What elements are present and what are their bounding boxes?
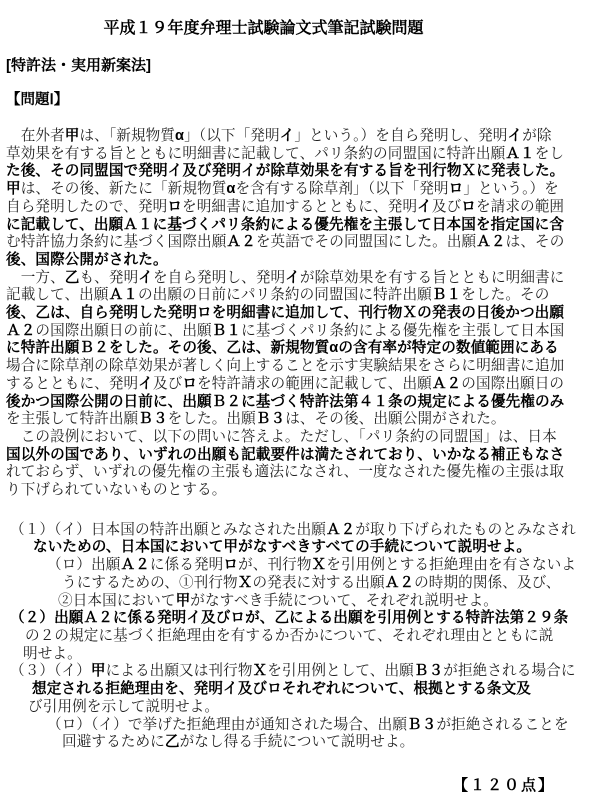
text-line: （２）出願Ａ２に係る発明イ及びロが、乙による出願を引用例とする特許法第２９条: [6, 610, 585, 628]
text-line: 場合に除草剤の除草効果が著しく向上することを示す実験結果をさらに明細書に追加: [6, 358, 585, 376]
text-line: ②日本国において甲がなすべき手続について、それぞれ説明せよ。: [6, 593, 585, 611]
text-line: 草効果を有する旨とともに明細書に記載して、パリ条約の同盟国に特許出願Ａ１をし: [6, 146, 585, 164]
text-line: この設例において、以下の問いに答えよ。ただし、「パリ条約の同盟国」は、日本: [6, 429, 585, 447]
text-line: するとともに、発明イ及びロを特許請求の範囲に記載して、出願Ａ２の国際出願日の: [6, 376, 585, 394]
text-line: 想定される拒絶理由を、発明イ及びロそれぞれについて、根拠とする条文及: [6, 681, 585, 699]
text-line: うにするための、①刊行物Ｘの発表に対する出願Ａ２の時期的関係、及び、: [6, 575, 585, 593]
problem-label: 【問題Ⅰ】: [6, 91, 585, 109]
text-line: （３）（イ）甲による出願又は刊行物Ｘを引用例として、出願Ｂ３が拒絶される場合に: [6, 663, 585, 681]
text-line: 甲は、その後、新たに「新規物質αを含有する除草剤」（以下「発明ロ」という。）を: [6, 181, 585, 199]
text-line: 記載して、出願Ａ１の出願の日前にパリ条約の同盟国に特許出願Ｂ１をした。その: [6, 287, 585, 305]
text-line: 後、国際公開がされた。: [6, 252, 585, 270]
text-line: 後、乙は、自ら発明した発明ロを明細書に追加して、刊行物Ｘの発表の日後かつ出願: [6, 305, 585, 323]
text-line: （１）（イ）日本国の特許出願とみなされた出願Ａ２が取り下げられたものとみなされ: [6, 522, 585, 540]
text-line: （ロ）出願Ａ２に係る発明ロが、刊行物Ｘを引用例とする拒絶理由を有さないよ: [6, 557, 585, 575]
document-body: 在外者甲は、「新規物質α」（以下「発明イ」という。）を自ら発明し、発明イが除草効…: [6, 128, 585, 752]
text-line: れておらず、いずれの優先権の主張も適法になされ、一度なされた優先権の主張は取: [6, 464, 585, 482]
text-line: に特許出願Ｂ２をした。その後、乙は、新規物質αの含有率が特定の数値範囲にある: [6, 340, 585, 358]
score-label: 【１２０点】: [6, 777, 585, 795]
text-line: ないための、日本国において甲がなすべきすべての手続について説明せよ。: [6, 539, 585, 557]
text-line: に記載して、出願Ａ１に基づくパリ条約による優先権を主張して日本国を指定国に含: [6, 217, 585, 235]
text-line: を主張して特許出願Ｂ３をした。出願Ｂ３は、その後、出願公開がされた。: [6, 411, 585, 429]
text-line: 自ら発明したので、発明ロを明細書に追加するとともに、発明イ及びロを請求の範囲: [6, 199, 585, 217]
text-line: 後かつ国際公開の日前に、出願Ｂ２に基づく特許法第４１条の規定による優先権のみ: [6, 394, 585, 412]
text-line: 回避するために乙がなし得る手続について説明せよ。: [6, 734, 585, 752]
exam-title: 平成１９年度弁理士試験論文式筆記試験問題: [6, 18, 521, 40]
text-line: む特許協力条約に基づく国際出願Ａ２を英語でその同盟国にした。出願Ａ２は、その: [6, 234, 585, 252]
text-line: （ロ）（イ）で挙げた拒絶理由が通知された場合、出願Ｂ３が拒絶されることを: [6, 717, 585, 735]
text-line: 在外者甲は、「新規物質α」（以下「発明イ」という。）を自ら発明し、発明イが除: [6, 128, 585, 146]
law-section-label: [特許法・実用新案法]: [6, 57, 585, 75]
text-line: Ａ２の国際出願日の前に、出願Ｂ１に基づくパリ条約による優先権を主張して日本国: [6, 323, 585, 341]
text-line: び引用例を示して説明せよ。: [6, 699, 585, 717]
text-line: 国以外の国であり、いずれの出願も記載要件は満たされており、いかなる補正もなさ: [6, 447, 585, 465]
text-line: の２の規定に基づく拒絶理由を有するか否かについて、それぞれ理由とともに説: [6, 628, 585, 646]
text-line: 明せよ。: [6, 646, 585, 664]
exam-question-page: 平成１９年度弁理士試験論文式筆記試験問題 [特許法・実用新案法] 【問題Ⅰ】 在…: [0, 0, 590, 811]
text-line: り下げられていないものとする。: [6, 482, 585, 500]
text-line: た後、その同盟国で発明イ及び発明イが除草効果を有する旨を刊行物Ｘに発表した。: [6, 163, 585, 181]
text-line: 一方、乙も、発明イを自ら発明し、発明イが除草効果を有する旨とともに明細書に: [6, 270, 585, 288]
